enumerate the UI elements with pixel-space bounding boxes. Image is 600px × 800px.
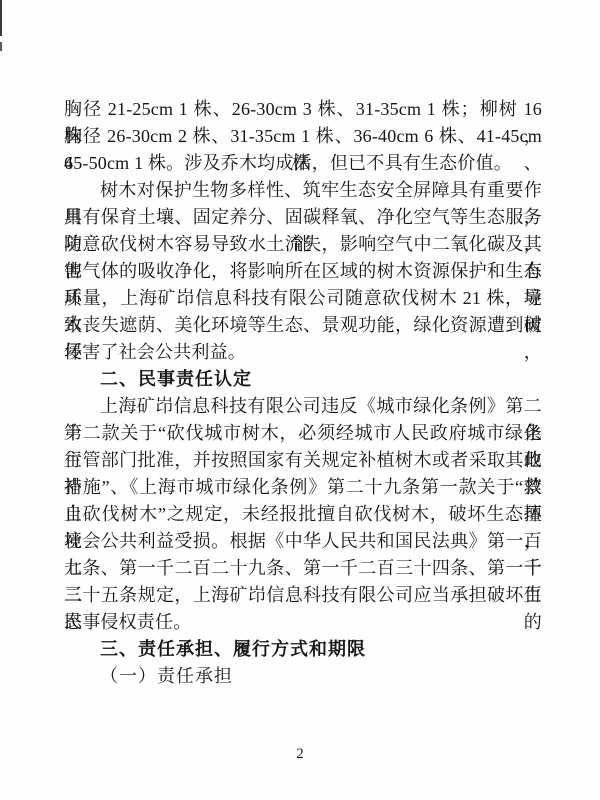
text-line: 45-50cm 1 株。涉及乔木均成活，但已不具有生态价值。 bbox=[64, 150, 542, 177]
scan-edge-mark bbox=[0, 0, 2, 36]
text-line: 上海矿岇信息科技有限公司违反《城市绿化条例》第二十条 bbox=[64, 393, 542, 420]
text-line: 胸径 21-25cm 1 株、26-30cm 3 株、31-35cm 1 株；柳… bbox=[64, 96, 542, 123]
text-line: 随意砍伐树木容易导致水土流失，影响空气中二氧化碳及其他有 bbox=[64, 231, 542, 258]
text-line: 胸径 26-30cm 2 株、31-35cm 1 株、36-40cm 6 株、4… bbox=[64, 123, 542, 150]
text-line: 社会公共利益受损。根据《中华人民共和国民法典》第一百七十 bbox=[64, 528, 542, 555]
text-line: 九条、第一千二百二十九条、第一千二百三十四条、第一千二百 bbox=[64, 555, 542, 582]
page-number: 2 bbox=[0, 744, 600, 764]
text-line: 三十五条规定，上海矿岇信息科技有限公司应当承担破坏生态的 bbox=[64, 582, 542, 609]
text-line: 主管部门批准，并按照国家有关规定补植树木或者采取其他补救 bbox=[64, 447, 542, 474]
text-line: 树木对保护生物多样性、筑牢生态安全屏障具有重要作用， bbox=[64, 177, 542, 204]
text-line: 措施”、《上海市城市绿化条例》第二十九条第一款关于“禁止擅 bbox=[64, 474, 542, 501]
text-line: 具有保育土壤、固定养分、固碳释氧、净化空气等生态服务功能， bbox=[64, 204, 542, 231]
section-heading: 三、责任承担、履行方式和期限 bbox=[64, 636, 542, 663]
scanned-document-page: 胸径 21-25cm 1 株、26-30cm 3 株、31-35cm 1 株；柳… bbox=[0, 0, 600, 800]
text-line: 害气体的吸收净化，将影响所在区域的树木资源保护和生态环境 bbox=[64, 258, 542, 285]
text-line: 质量，上海矿岇信息科技有限公司随意砍伐树木 21 株，导致树 bbox=[64, 285, 542, 312]
text-line: 第二款关于“砍伐城市树木，必须经城市人民政府城市绿化行政 bbox=[64, 420, 542, 447]
text-line: 木丧失遮荫、美化环境等生态、景观功能，绿化资源遭到破坏， bbox=[64, 312, 542, 339]
document-body: 胸径 21-25cm 1 株、26-30cm 3 株、31-35cm 1 株；柳… bbox=[64, 96, 542, 690]
section-heading: 二、民事责任认定 bbox=[64, 366, 542, 393]
sub-heading: （一）责任承担 bbox=[64, 663, 542, 690]
text-line: 自砍伐树木”之规定，未经报批擅自砍伐树木，破坏生态环境， bbox=[64, 501, 542, 528]
scan-edge-mark bbox=[0, 42, 2, 51]
